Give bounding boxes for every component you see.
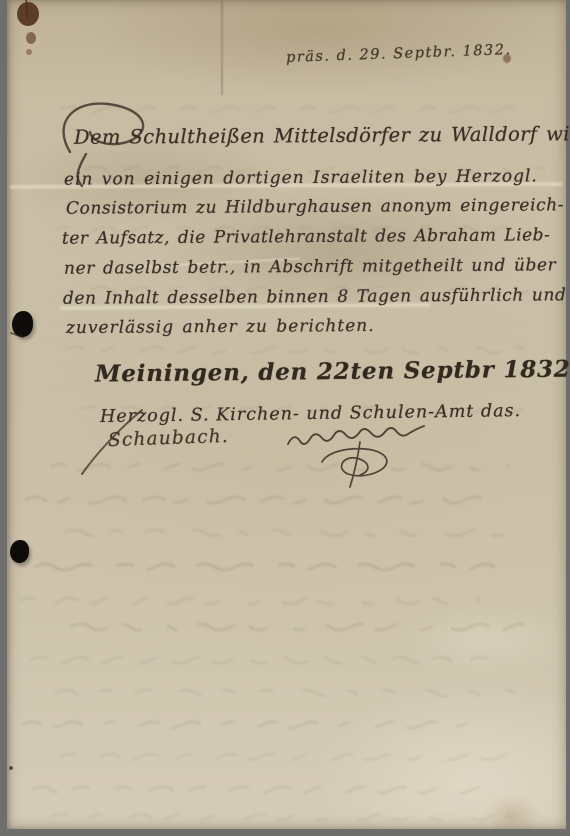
bleed-through-ghost-writing-lower: [10, 455, 566, 835]
manuscript-line: ter Aufsatz, die Privatlehranstalt des A…: [62, 225, 550, 248]
manuscript-line: ein von einigen dortigen Israeliten bey …: [64, 166, 538, 189]
punch-hole: [10, 540, 29, 563]
manuscript-line: Consistorium zu Hildburghausen anonym ei…: [66, 195, 564, 218]
dateline: Meiningen, den 22ten Septbr 1832.: [95, 355, 570, 387]
manuscript-line: den Inhalt desselben binnen 8 Tagen ausf…: [63, 285, 567, 309]
signature-schaubach: Schaubach.: [108, 426, 230, 451]
signature-paraph: [316, 440, 400, 488]
manuscript-line: Dem Schultheißen Mittelsdörfer zu Walldo…: [74, 122, 570, 149]
ink-blot: [12, 0, 52, 60]
manuscript-scan: präs. d. 29. Septbr. 1832. Dem Schulthei…: [0, 0, 570, 836]
manuscript-line: zuverlässig anher zu berichten.: [66, 316, 375, 338]
manuscript-line: ner daselbst betr., in Abschrift mitgeth…: [64, 255, 557, 278]
punch-hole: [12, 311, 33, 337]
